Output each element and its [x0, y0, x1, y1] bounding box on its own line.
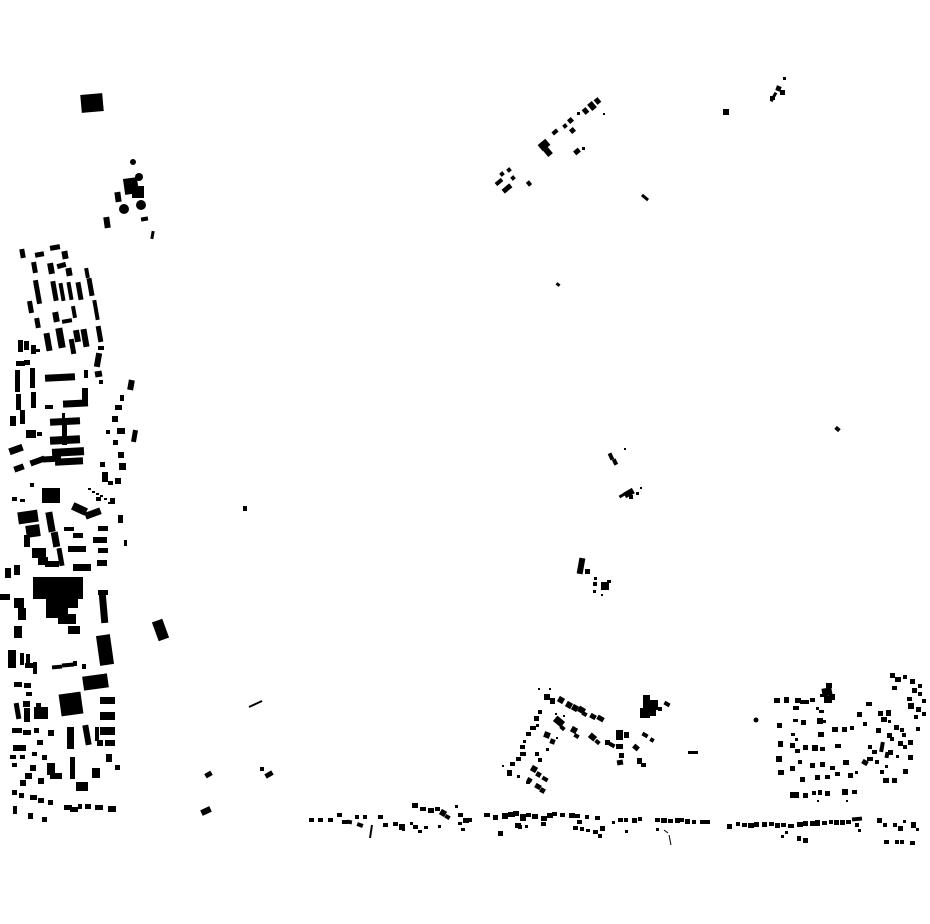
building [549, 688, 551, 690]
building [846, 800, 848, 802]
building [33, 577, 83, 599]
building [658, 707, 662, 711]
building [106, 430, 110, 434]
building [204, 771, 213, 779]
building [656, 828, 659, 831]
building [20, 755, 25, 759]
building [356, 822, 363, 828]
building [118, 515, 123, 523]
building [413, 825, 418, 829]
building [30, 483, 34, 487]
building [803, 821, 808, 826]
building [249, 701, 262, 707]
building [541, 776, 548, 782]
building [822, 821, 827, 825]
building [16, 361, 25, 366]
building [916, 727, 920, 731]
building [530, 765, 538, 773]
building [557, 696, 565, 704]
building [798, 760, 802, 764]
building [8, 650, 16, 668]
building [843, 760, 849, 765]
building [675, 818, 680, 823]
building [898, 826, 903, 831]
building [589, 713, 597, 720]
building [80, 93, 103, 113]
building [14, 565, 20, 575]
building [97, 560, 107, 566]
building [573, 148, 581, 156]
building [102, 472, 108, 482]
building [58, 283, 65, 301]
building [857, 712, 862, 717]
building [458, 813, 463, 817]
building [655, 818, 660, 822]
building [52, 447, 84, 457]
building [68, 546, 86, 552]
building [61, 251, 68, 260]
building [96, 493, 99, 495]
building [680, 818, 684, 822]
building [812, 791, 816, 795]
building [520, 752, 526, 756]
building [114, 192, 121, 203]
building [510, 762, 515, 766]
building [92, 768, 100, 778]
building [117, 428, 125, 434]
building [593, 830, 598, 834]
building [100, 697, 115, 704]
building [603, 113, 605, 115]
building [84, 370, 88, 378]
building [95, 727, 99, 741]
building [98, 548, 108, 553]
building [57, 262, 67, 269]
building [876, 728, 881, 733]
building [881, 717, 887, 722]
cluster-west-town [0, 244, 169, 822]
building [791, 733, 795, 736]
building [96, 634, 114, 666]
building [42, 817, 47, 822]
building [534, 716, 539, 721]
building [612, 821, 615, 824]
building [34, 728, 39, 733]
building [780, 90, 785, 95]
building [601, 582, 609, 590]
building [48, 730, 54, 736]
building [88, 488, 91, 490]
building [912, 688, 917, 693]
cluster-north-hamlet [495, 97, 649, 201]
building [810, 698, 815, 702]
building [911, 822, 916, 828]
building [846, 820, 851, 824]
building [526, 180, 532, 186]
building [420, 807, 426, 811]
building [875, 760, 879, 764]
building [810, 821, 815, 826]
building [31, 392, 36, 408]
building [551, 129, 558, 136]
building [820, 762, 825, 767]
building [892, 778, 897, 783]
building [835, 772, 840, 776]
building [530, 726, 536, 730]
building [502, 765, 504, 767]
building [80, 329, 89, 348]
cluster-south-central-village [502, 688, 698, 794]
building [788, 824, 794, 828]
building [517, 775, 520, 778]
building [594, 739, 600, 745]
building [908, 740, 913, 745]
building [641, 194, 649, 201]
building [815, 775, 820, 780]
building [556, 737, 558, 739]
building [825, 791, 830, 796]
building [858, 829, 861, 832]
building [601, 594, 603, 596]
building [45, 405, 53, 409]
building [781, 835, 784, 838]
building [112, 416, 118, 422]
building [536, 724, 539, 727]
building [922, 712, 926, 716]
building [669, 835, 671, 845]
building [43, 333, 52, 352]
building [45, 373, 75, 382]
building [595, 816, 600, 820]
building [908, 703, 914, 709]
building [99, 380, 103, 384]
building [886, 710, 891, 716]
building [70, 757, 75, 779]
building [113, 440, 118, 445]
building [526, 813, 531, 817]
building [42, 488, 60, 503]
building [594, 577, 597, 580]
building [32, 548, 46, 558]
building [641, 732, 648, 738]
building [816, 707, 819, 710]
building [588, 732, 597, 741]
building [879, 742, 885, 753]
building [120, 395, 124, 401]
building [393, 822, 398, 826]
building [30, 765, 36, 771]
building [883, 823, 887, 827]
building [309, 818, 314, 822]
building [127, 380, 135, 391]
building [10, 416, 16, 426]
building [82, 673, 109, 690]
building [92, 300, 99, 320]
building [18, 608, 26, 620]
building [867, 757, 873, 761]
building [900, 840, 904, 844]
building [402, 828, 405, 831]
building [26, 692, 32, 696]
building [884, 840, 889, 844]
building [619, 753, 624, 758]
building [903, 745, 907, 749]
building [819, 710, 824, 713]
building [12, 763, 17, 767]
building [82, 664, 86, 669]
building [587, 101, 597, 111]
building [131, 430, 138, 443]
building [424, 826, 428, 829]
building [829, 694, 835, 700]
building [20, 653, 24, 665]
building [834, 820, 839, 825]
building [754, 822, 759, 827]
building [52, 665, 62, 670]
building [910, 841, 915, 845]
building [775, 823, 780, 828]
building [916, 828, 919, 831]
building [32, 752, 37, 756]
building [18, 340, 23, 352]
cluster-southeast-village [754, 673, 927, 802]
building [582, 107, 590, 115]
building [85, 804, 91, 809]
building [118, 452, 124, 458]
building-footprints [0, 0, 930, 924]
building [98, 346, 104, 350]
building [650, 700, 658, 710]
building [13, 745, 26, 751]
building [14, 598, 24, 608]
building [649, 737, 654, 742]
building [632, 744, 640, 752]
building [618, 818, 623, 822]
building [803, 745, 808, 750]
building [616, 744, 623, 749]
building [902, 733, 906, 737]
building [12, 497, 17, 501]
building [27, 301, 34, 314]
building [13, 806, 17, 814]
building [499, 171, 505, 177]
building [100, 462, 105, 467]
building [727, 824, 732, 829]
building [467, 818, 472, 822]
building [14, 626, 22, 638]
building [585, 815, 589, 819]
building [518, 825, 522, 829]
building [535, 771, 542, 778]
building [37, 740, 43, 745]
cluster-central-east-outliers [577, 448, 642, 596]
building [803, 793, 808, 798]
building [99, 593, 109, 623]
building [70, 807, 78, 812]
building [378, 815, 383, 819]
building [774, 698, 780, 703]
building [916, 707, 921, 712]
building [461, 828, 465, 831]
building [797, 822, 803, 827]
building [823, 720, 826, 723]
building [612, 458, 618, 465]
building [25, 773, 32, 779]
building [24, 341, 29, 350]
building [526, 781, 530, 784]
building [33, 280, 42, 305]
building [872, 750, 877, 754]
building [762, 822, 767, 827]
building [812, 745, 818, 751]
cluster-southern-strip [309, 803, 919, 845]
building [700, 820, 705, 824]
building [793, 719, 798, 722]
building [95, 370, 103, 377]
building [826, 683, 832, 688]
building [68, 626, 80, 634]
building [95, 805, 103, 810]
building [124, 540, 127, 546]
building [12, 728, 22, 733]
building [777, 723, 782, 728]
building [502, 183, 513, 193]
building [893, 823, 897, 827]
building [93, 537, 107, 543]
building [538, 688, 540, 690]
building [96, 326, 104, 343]
building [64, 527, 74, 531]
building [910, 679, 915, 684]
building [640, 708, 650, 718]
building [855, 771, 858, 774]
building [97, 740, 103, 746]
building [17, 510, 38, 525]
building [62, 662, 74, 667]
building [75, 282, 83, 301]
building [830, 766, 835, 770]
building [624, 448, 626, 450]
building [38, 778, 44, 784]
building [573, 733, 579, 739]
building [363, 815, 367, 819]
building [115, 405, 122, 410]
building [778, 741, 783, 747]
building [541, 822, 546, 826]
building [507, 770, 512, 776]
building [723, 109, 729, 115]
building [790, 743, 795, 748]
building [896, 755, 899, 758]
building [67, 727, 74, 749]
building [16, 394, 21, 410]
building [516, 757, 521, 761]
building [815, 820, 820, 826]
building [593, 582, 597, 586]
building [574, 814, 580, 818]
building [20, 499, 25, 502]
building [918, 684, 922, 688]
building [781, 823, 786, 827]
building [577, 820, 582, 824]
building [795, 749, 800, 753]
building [895, 677, 901, 682]
building [14, 703, 22, 720]
building [55, 328, 65, 349]
building [663, 701, 670, 707]
building [260, 767, 264, 771]
building [513, 811, 519, 816]
building [907, 697, 912, 701]
building [82, 388, 88, 402]
building [50, 773, 62, 779]
building [58, 614, 76, 624]
building [629, 495, 633, 499]
building [48, 800, 53, 805]
building [541, 816, 547, 821]
building [790, 792, 799, 798]
building [10, 755, 16, 759]
building [736, 822, 740, 826]
building [493, 815, 498, 820]
building [616, 730, 623, 740]
building [150, 231, 154, 239]
building [45, 512, 55, 533]
building [598, 834, 602, 838]
building [863, 722, 867, 726]
building [784, 697, 789, 703]
building [51, 532, 60, 548]
building [801, 720, 806, 725]
building [59, 692, 84, 717]
building [498, 831, 503, 836]
building [562, 123, 568, 129]
building [42, 755, 47, 760]
building [850, 726, 854, 730]
building [36, 703, 41, 711]
building [104, 498, 107, 500]
building [668, 819, 673, 823]
building [842, 727, 847, 732]
building [370, 825, 372, 838]
building [525, 825, 528, 828]
building [829, 820, 833, 824]
building [632, 818, 637, 823]
building [438, 825, 441, 828]
building [785, 831, 788, 834]
building [820, 747, 825, 751]
building [62, 598, 78, 608]
building [15, 370, 20, 392]
building [532, 814, 538, 819]
building [895, 840, 899, 844]
building [638, 817, 642, 821]
building [20, 410, 25, 424]
building [705, 820, 710, 824]
building [783, 77, 786, 80]
building [553, 716, 565, 728]
building [817, 718, 823, 724]
building [243, 506, 247, 511]
building [5, 568, 11, 578]
building [24, 683, 31, 688]
building [748, 823, 754, 828]
building [30, 368, 35, 388]
building [888, 720, 891, 723]
silo [136, 200, 146, 210]
building [608, 452, 615, 460]
building [567, 117, 574, 124]
